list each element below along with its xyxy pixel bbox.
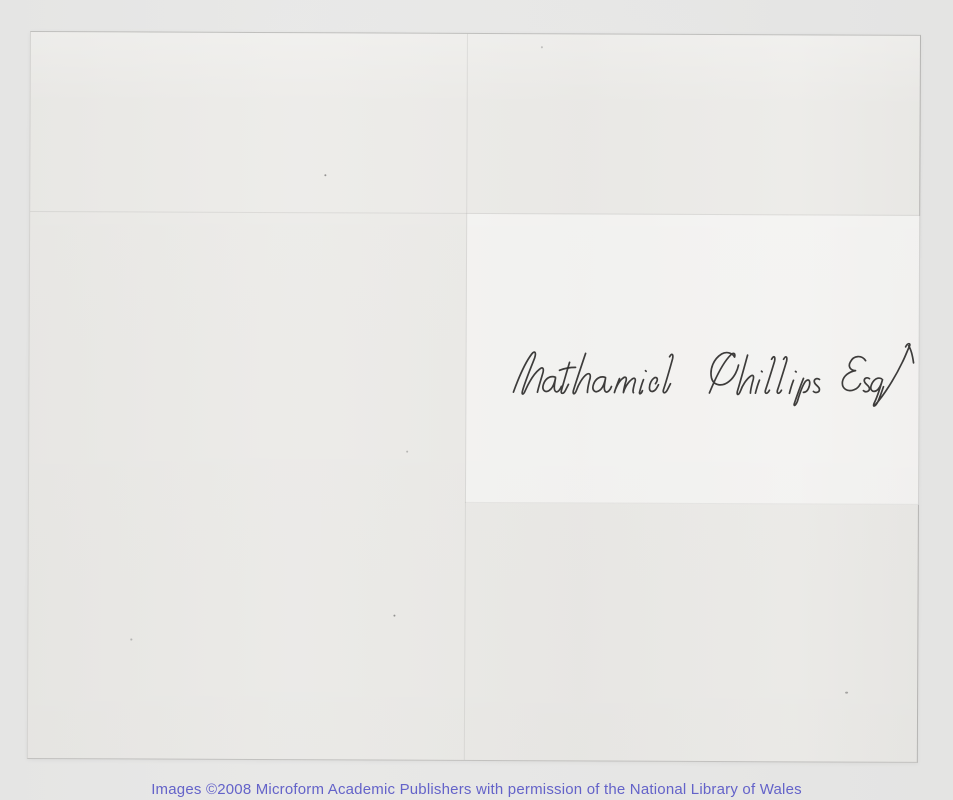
handwriting-word-phillips <box>709 353 819 406</box>
paper-speck <box>541 46 543 48</box>
handwriting-word-esq <box>842 343 913 406</box>
document-paper <box>27 31 921 763</box>
paper-speck <box>845 692 848 694</box>
paper-speck <box>406 451 408 453</box>
handwriting-diacritics <box>560 367 797 372</box>
paper-speck <box>130 638 132 640</box>
copyright-caption: Images ©2008 Microform Academic Publishe… <box>0 780 953 799</box>
handwriting-word-nathaniel <box>513 352 672 395</box>
paper-speck <box>324 174 326 176</box>
handwritten-name <box>503 322 923 419</box>
paper-speck <box>393 615 395 617</box>
